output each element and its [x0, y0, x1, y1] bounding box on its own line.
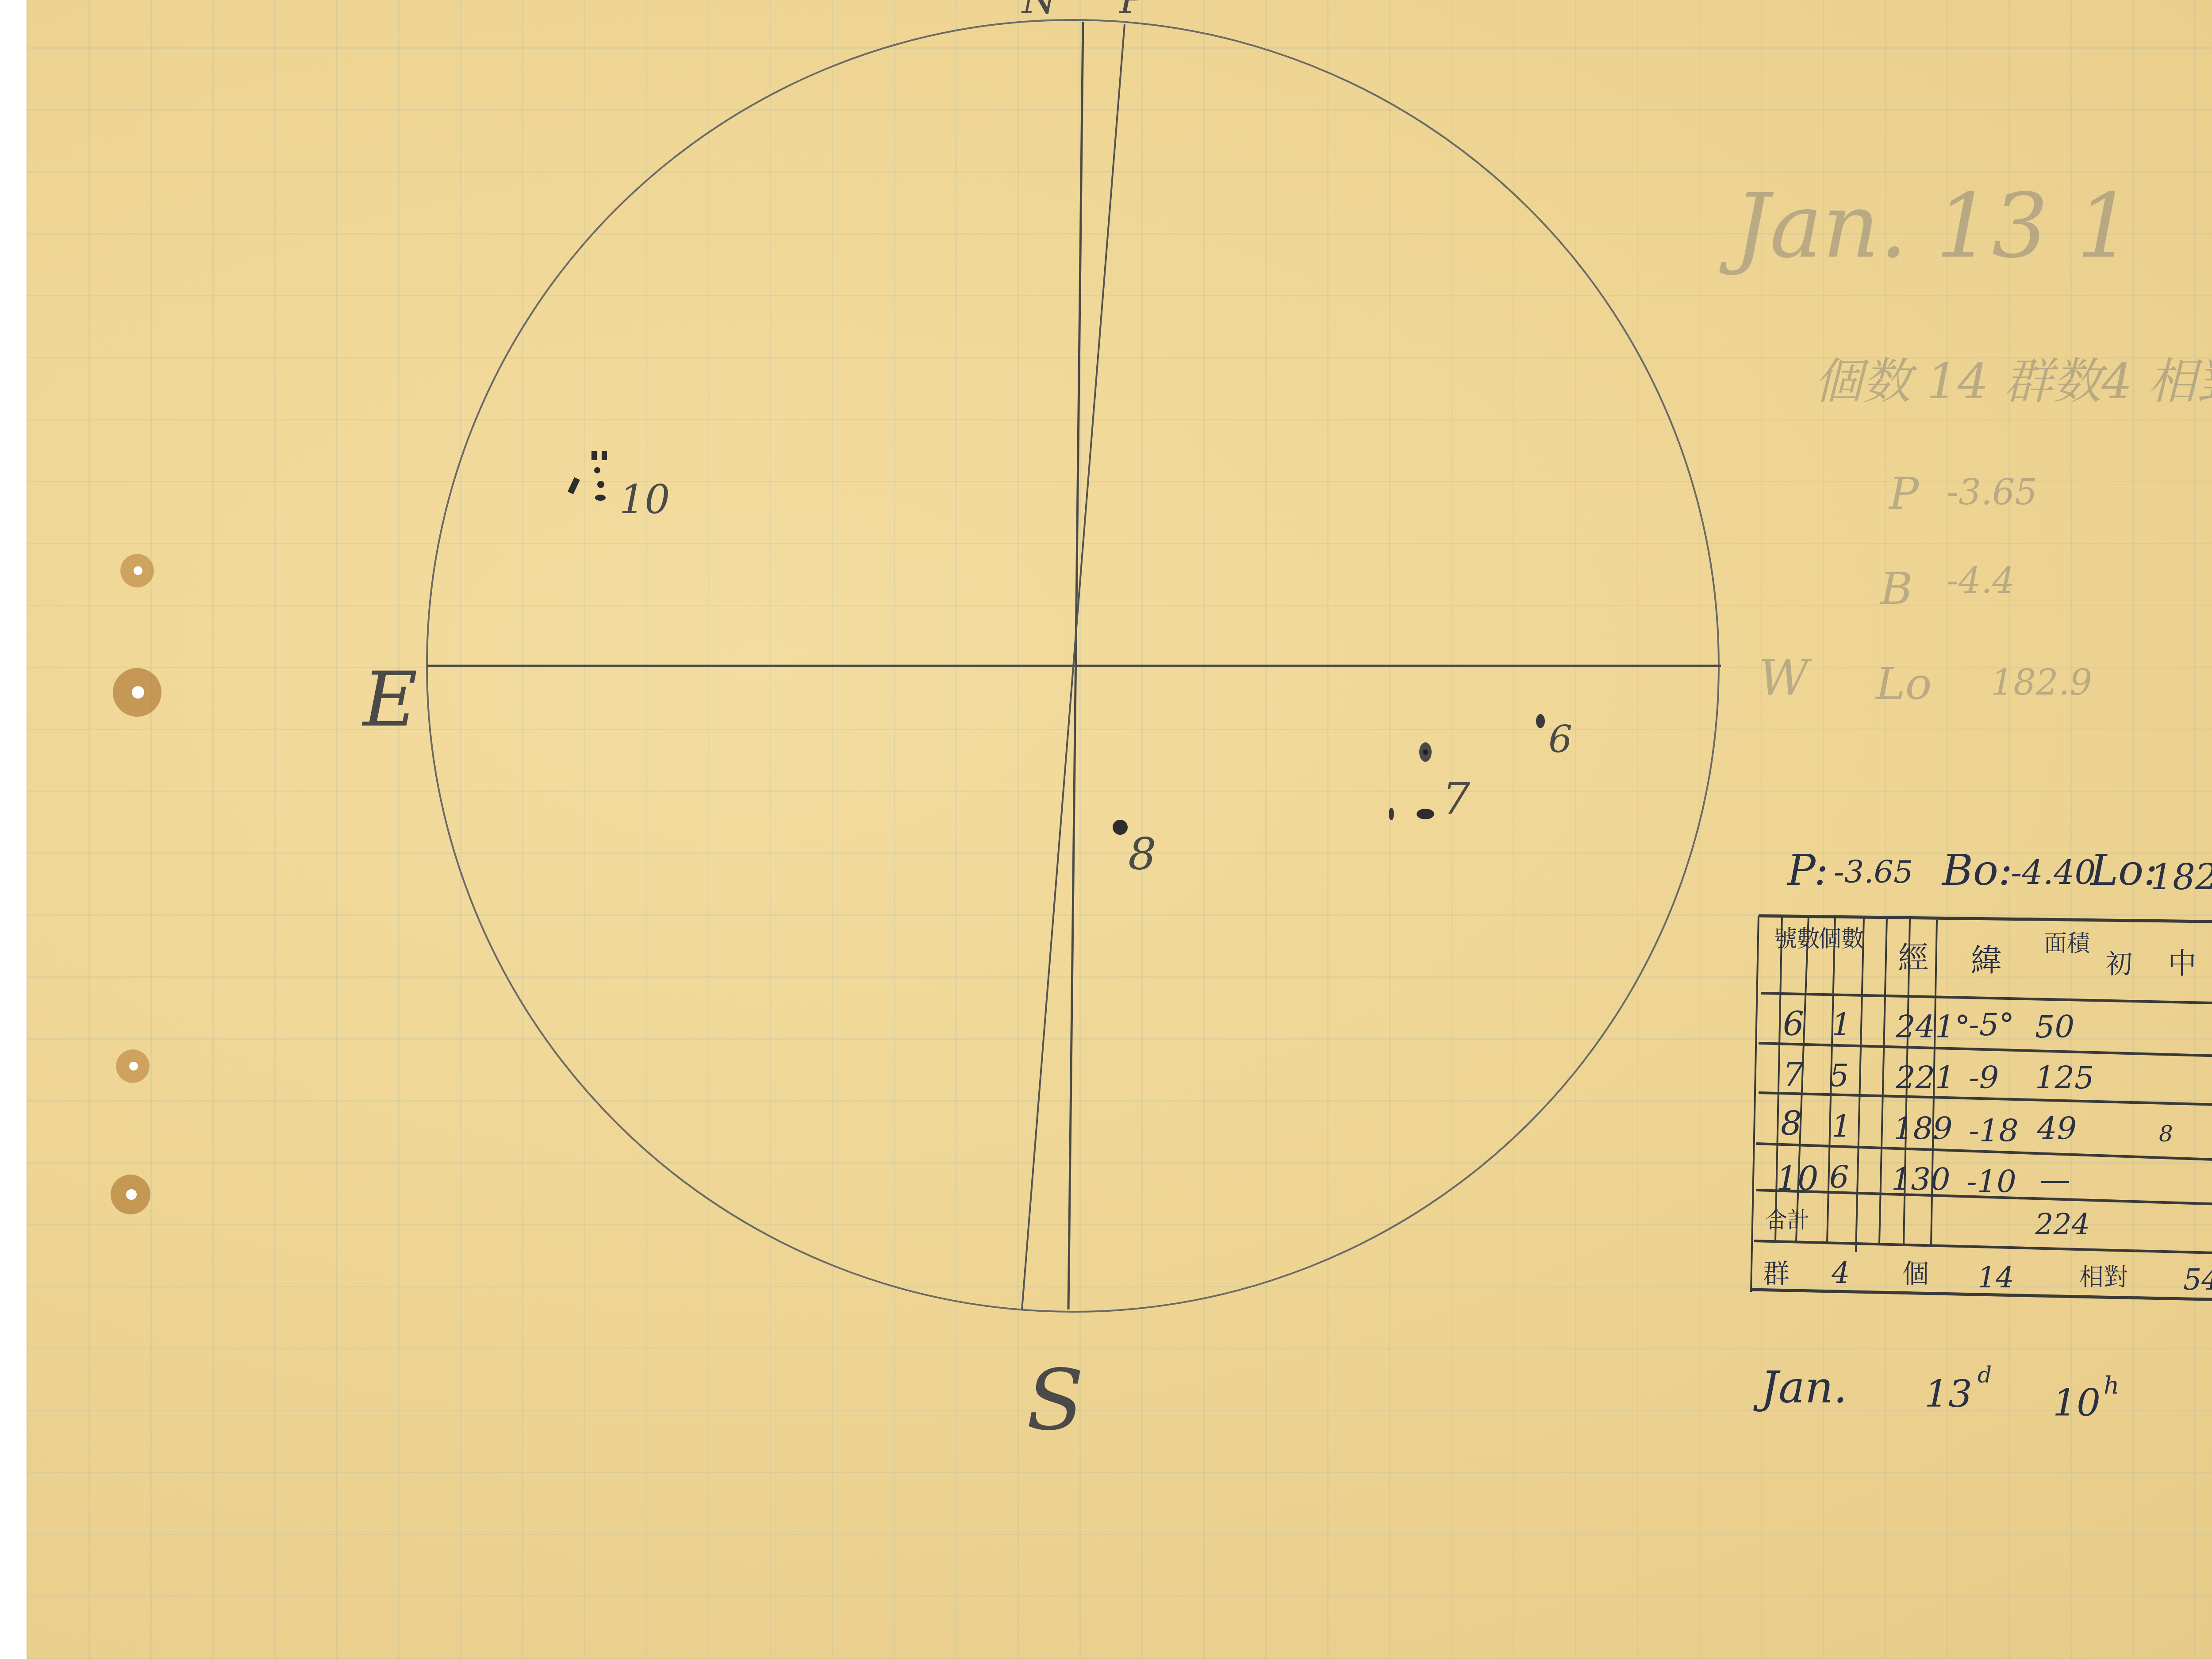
total-area: 224: [2035, 1208, 2090, 1241]
p-label: P:: [1786, 846, 1828, 895]
sunspot-group-8: 8: [1113, 820, 1156, 880]
svg-text:—: —: [2039, 1161, 2070, 1198]
svg-text:189: 189: [1893, 1110, 1953, 1147]
svg-text:6: 6: [1783, 1004, 1804, 1043]
svg-text:1: 1: [1832, 1006, 1851, 1043]
spots-label: 個: [1902, 1259, 1929, 1290]
faint-count-line: 個数 14 群数4 相對: [1814, 353, 2212, 410]
faint-l-value: 182.9: [1991, 662, 2092, 703]
sunspot-label-10: 10: [619, 476, 670, 523]
svg-text:6: 6: [1829, 1159, 1849, 1195]
svg-text:49: 49: [2037, 1110, 2077, 1147]
table-row: 6 1 241° -5° 50 6: [1783, 1004, 2212, 1047]
b-label: Bo:: [1941, 846, 2012, 895]
faint-b-value: -4.4: [1947, 560, 2015, 601]
relative-value: 54: [2183, 1263, 2212, 1297]
sunspot-label-6: 6: [1548, 718, 1572, 761]
east-label: E: [361, 656, 418, 744]
p-value: -3.65: [1834, 854, 1913, 890]
svg-text:50: 50: [2035, 1009, 2074, 1045]
date-day-unit: d: [1978, 1362, 1992, 1388]
l-label: Lo:: [2089, 846, 2158, 895]
date-day: 13: [1924, 1372, 1972, 1416]
sunspot-label-8: 8: [1128, 828, 1156, 880]
north-label: N: [1021, 0, 1058, 23]
svg-text:-5°: -5°: [1969, 1006, 2014, 1043]
sunspot-label-7: 7: [1442, 773, 1471, 825]
pole-label: P: [1118, 0, 1147, 23]
faint-notes: Jan. 13 1 個数 14 群数4 相對 P -3.65 B -4.4 Lo…: [1719, 175, 2212, 710]
header-early: 初: [2106, 949, 2132, 980]
svg-text:130: 130: [1891, 1161, 1951, 1198]
table-row: 10 6 130 -10 —: [1776, 1159, 2070, 1200]
groups-label: 群: [1763, 1259, 1790, 1290]
sunspot-group-6: 6: [1536, 714, 1572, 761]
table-total-row: 合計 224: [1765, 1207, 2090, 1241]
observation-date: Jan. 13 d 10 h: [1753, 1361, 2119, 1425]
total-label: 合計: [1765, 1207, 1809, 1233]
svg-text:1: 1: [1832, 1108, 1851, 1144]
faint-l-label: Lo: [1875, 658, 1932, 710]
b-value: -4.40: [2011, 853, 2096, 892]
date-month: Jan.: [1753, 1361, 1847, 1413]
header-group-no: 號數: [1774, 926, 1820, 952]
binding-holes: [111, 554, 161, 1214]
svg-text:-10: -10: [1966, 1164, 2016, 1200]
svg-text:-18: -18: [1969, 1113, 2019, 1149]
table-header: 號數 個數 經 緯 面積 初 中 末: [1774, 926, 2212, 985]
svg-text:7: 7: [1783, 1055, 1804, 1094]
spots-value: 14: [1978, 1261, 2014, 1294]
west-label: W: [1759, 649, 1812, 706]
svg-text:8: 8: [2159, 1121, 2173, 1147]
faint-b-label: B: [1879, 563, 1913, 614]
sunspot-drawing: N P E W S 10 6 7 8 Jan. 13 1 個数 14 群数4 相…: [0, 0, 2212, 1659]
sunspot-group-10: 10: [568, 451, 670, 523]
svg-text:5: 5: [1829, 1057, 1849, 1094]
table-row: 8 1 189 -18 49 8: [1781, 1104, 2173, 1149]
faint-p-value: -3.65: [1947, 472, 2037, 513]
svg-text:125: 125: [2035, 1060, 2094, 1096]
ephemeris-parameters: P: -3.65 Bo: -4.40 Lo: 182.90: [1786, 846, 2212, 898]
header-latitude: 緯: [1971, 942, 2002, 979]
date-hour: 10: [2053, 1381, 2101, 1425]
l-value: 182.90: [2150, 856, 2212, 898]
svg-text:-9: -9: [1969, 1060, 1999, 1096]
table-row: 7 5 221 -9 125: [1783, 1055, 2094, 1096]
svg-text:8: 8: [1781, 1104, 1802, 1143]
groups-value: 4: [1831, 1257, 1850, 1290]
header-middle: 中: [2168, 947, 2197, 980]
header-longitude: 經: [1898, 940, 1929, 976]
south-label: S: [1026, 1351, 1084, 1449]
header-count: 個數: [1818, 926, 1864, 952]
faint-p-label: P: [1888, 468, 1920, 519]
svg-text:221: 221: [1895, 1060, 1955, 1096]
sunspot-group-7: 7: [1389, 742, 1471, 825]
svg-text:241°: 241°: [1895, 1009, 1970, 1045]
faint-date: Jan. 13 1: [1719, 175, 2133, 278]
relative-label: 相對: [2079, 1263, 2128, 1291]
date-hour-unit: h: [2104, 1371, 2119, 1399]
svg-text:10: 10: [1776, 1159, 1818, 1198]
header-area: 面積: [2044, 930, 2092, 957]
